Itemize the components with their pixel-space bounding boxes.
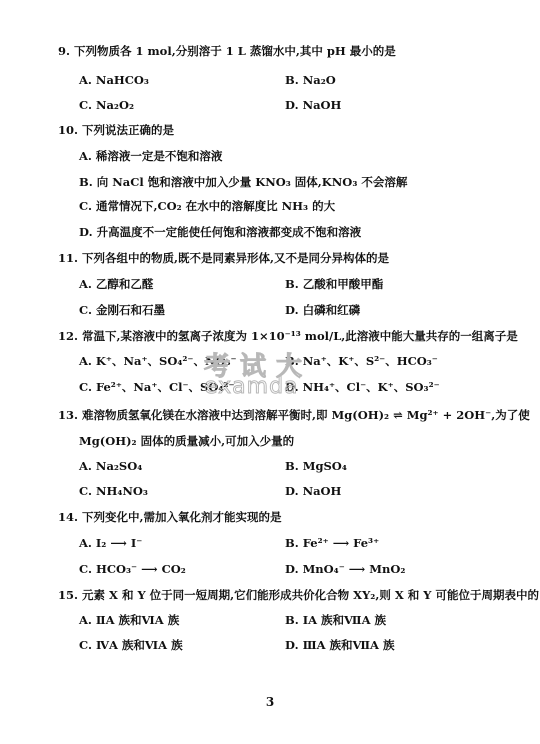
question-11-option-b: B. 乙酸和甲酸甲酯 [285, 276, 383, 292]
question-12-stem: 12. 常温下,某溶液中的氢离子浓度为 1×10⁻¹³ mol/L,此溶液中能大… [58, 328, 518, 344]
question-9-option-d: D. NaOH [285, 97, 341, 113]
question-11-option-d: D. 白磷和红磷 [285, 302, 360, 318]
question-10-option-d: D. 升高温度不一定能使任何饱和溶液都变成不饱和溶液 [79, 224, 361, 240]
question-11-option-c: C. 金刚石和石墨 [79, 302, 165, 318]
question-9-option-b: B. Na₂O [285, 72, 336, 88]
question-13-option-c: C. NH₄NO₃ [79, 483, 148, 499]
question-14-option-b: B. Fe²⁺ ⟶ Fe³⁺ [285, 535, 379, 551]
question-13-option-a: A. Na₂SO₄ [79, 458, 142, 474]
question-9-option-c: C. Na₂O₂ [79, 97, 134, 113]
question-15-option-a: A. ⅡA 族和ⅥA 族 [79, 612, 179, 628]
question-9-option-a: A. NaHCO₃ [79, 72, 149, 88]
question-12-option-a: A. K⁺、Na⁺、SO₄²⁻、NO₃⁻ [79, 353, 237, 369]
question-15-option-d: D. ⅢA 族和ⅦA 族 [285, 637, 394, 653]
question-14-option-a: A. I₂ ⟶ I⁻ [79, 535, 142, 551]
question-10-stem: 10. 下列说法正确的是 [58, 122, 174, 138]
question-10-option-c: C. 通常情况下,CO₂ 在水中的溶解度比 NH₃ 的大 [79, 198, 335, 214]
question-11-option-a: A. 乙醇和乙醛 [79, 276, 153, 292]
question-13-option-d: D. NaOH [285, 483, 341, 499]
question-13-option-b: B. MgSO₄ [285, 458, 347, 474]
question-12-option-d: D. NH₄⁺、Cl⁻、K⁺、SO₃²⁻ [285, 379, 440, 395]
question-13-stem: 13. 难溶物质氢氧化镁在水溶液中达到溶解平衡时,即 Mg(OH)₂ ⇌ Mg²… [58, 407, 530, 423]
page-number: 3 [0, 695, 540, 709]
question-14-stem: 14. 下列变化中,需加入氧化剂才能实现的是 [58, 509, 282, 525]
question-13-stem-continued: Mg(OH)₂ 固体的质量减小,可加入少量的 [79, 433, 294, 449]
question-14-option-d: D. MnO₄⁻ ⟶ MnO₂ [285, 561, 405, 577]
question-10-option-b: B. 向 NaCl 饱和溶液中加入少量 KNO₃ 固体,KNO₃ 不会溶解 [79, 174, 407, 190]
question-12-option-b: B. Na⁺、K⁺、S²⁻、HCO₃⁻ [285, 353, 438, 369]
question-11-stem: 11. 下列各组中的物质,既不是同素异形体,又不是同分异构体的是 [58, 250, 389, 266]
question-10-option-a: A. 稀溶液一定是不饱和溶液 [79, 148, 222, 164]
question-15-stem: 15. 元素 X 和 Y 位于同一短周期,它们能形成共价化合物 XY₂,则 X … [58, 587, 539, 603]
question-9-stem: 9. 下列物质各 1 mol,分别溶于 1 L 蒸馏水中,其中 pH 最小的是 [58, 43, 396, 59]
question-15-option-b: B. ⅠA 族和ⅦA 族 [285, 612, 386, 628]
question-14-option-c: C. HCO₃⁻ ⟶ CO₂ [79, 561, 186, 577]
question-15-option-c: C. ⅣA 族和ⅥA 族 [79, 637, 183, 653]
question-12-option-c: C. Fe²⁺、Na⁺、Cl⁻、SO₄²⁻ [79, 379, 235, 395]
